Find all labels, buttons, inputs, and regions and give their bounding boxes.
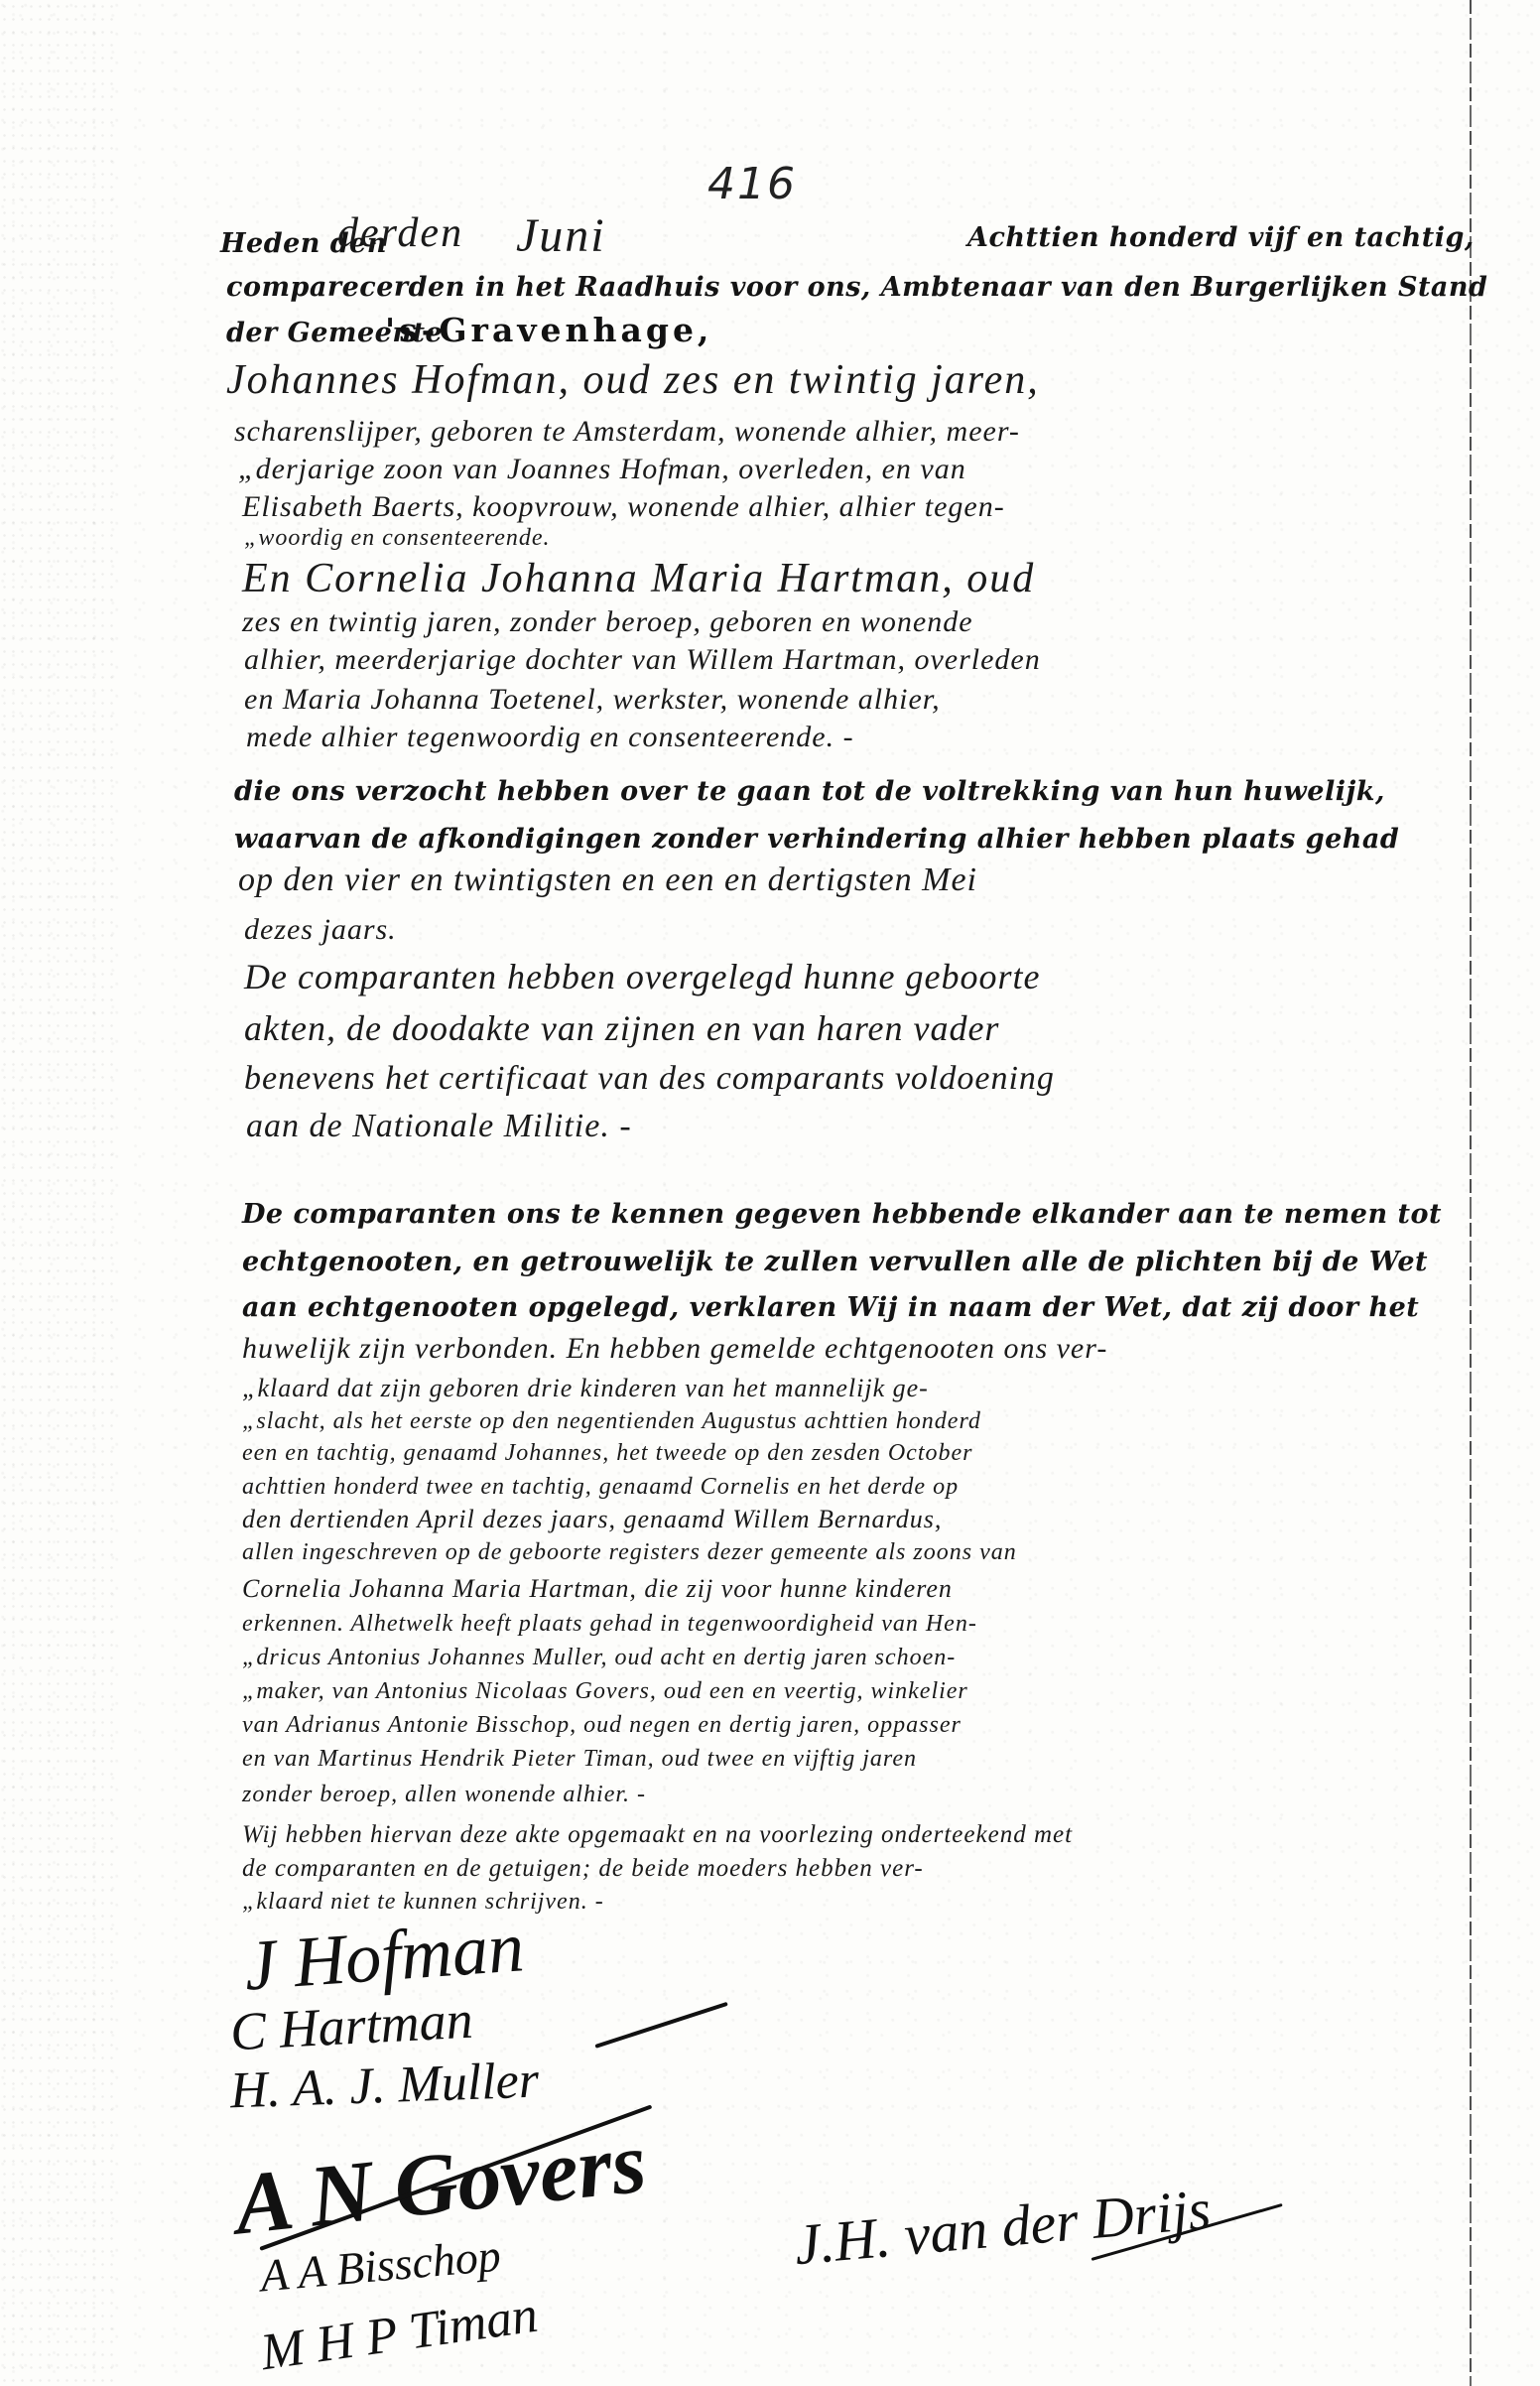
signature-registrar: J.H. van der Drijs <box>792 2176 1214 2278</box>
signature-bride: C Hartman <box>229 1989 474 2063</box>
printed-year: Achttien honderd vijf en tachtig, <box>967 224 1475 251</box>
declaration-line-1: De comparanten ons te kennen gegeven heb… <box>242 1201 1442 1228</box>
children-line-1: huwelijk zijn verbonden. En hebben gemel… <box>242 1334 1107 1364</box>
request-line-1: die ons verzocht hebben over te gaan tot… <box>234 778 1385 805</box>
municipality-name: 's-Gravenhage, <box>385 314 712 346</box>
page-fold-line <box>1470 0 1472 2386</box>
signature-witness-muller: H. A. J. Muller <box>229 2052 540 2121</box>
children-line-2: „klaard dat zijn geboren drie kinderen v… <box>242 1376 929 1401</box>
documents-line-2: akten, de doodakte van zijnen en van har… <box>244 1010 999 1046</box>
bride-line-1: En Cornelia Johanna Maria Hartman, oud <box>242 558 1035 599</box>
documents-line-4: aan de Nationale Militie. - <box>246 1110 632 1143</box>
handwritten-month: Juni <box>516 212 606 260</box>
children-line-4: een en tachtig, genaamd Johannes, het tw… <box>242 1441 972 1465</box>
document-page: 416 Heden den derden Juni Achttien honde… <box>0 0 1540 2386</box>
children-line-15: Wij hebben hiervan deze akte opgemaakt e… <box>242 1822 1073 1847</box>
bride-line-2: zes en twintig jaren, zonder beroep, geb… <box>242 607 973 637</box>
declaration-line-2: echtgenooten, en getrouwelijk te zullen … <box>242 1249 1428 1275</box>
publication-line-2: dezes jaars. <box>244 915 397 945</box>
bride-line-5: mede alhier tegenwoordig en consenteeren… <box>246 723 854 752</box>
groom-line-3: „derjarige zoon van Joannes Hofman, over… <box>238 455 966 484</box>
page-number: 416 <box>707 159 797 209</box>
signature-witness-timan: M H P Timan <box>257 2286 541 2382</box>
children-line-12: van Adrianus Antonie Bisschop, oud negen… <box>242 1713 962 1737</box>
groom-line-4: Elisabeth Baerts, koopvrouw, wonende alh… <box>242 492 1005 522</box>
groom-line-2: scharenslijper, geboren te Amsterdam, wo… <box>234 417 1020 447</box>
handwritten-day: derden <box>337 212 463 254</box>
children-line-10: „dricus Antonius Johannes Muller, oud ac… <box>242 1646 956 1669</box>
children-line-5: achttien honderd twee en tachtig, genaam… <box>242 1475 959 1499</box>
children-line-11: „maker, van Antonius Nicolaas Govers, ou… <box>242 1679 968 1703</box>
declaration-line-3: aan echtgenooten opgelegd, verklaren Wij… <box>242 1294 1419 1321</box>
groom-line-1: Johannes Hofman, oud zes en twintig jare… <box>226 359 1040 401</box>
children-line-7: allen ingeschreven op de geboorte regist… <box>242 1540 1017 1564</box>
request-line-2: waarvan de afkondigingen zonder verhinde… <box>234 826 1399 853</box>
children-line-3: „slacht, als het eerste op den negentien… <box>242 1409 981 1433</box>
children-line-9: erkennen. Alhetwelk heeft plaats gehad i… <box>242 1612 977 1636</box>
groom-line-5: „woordig en consenteerende. <box>244 526 551 550</box>
children-line-17: „klaard niet te kunnen schrijven. - <box>242 1890 604 1914</box>
printed-appearance-line: comparecerden in het Raadhuis voor ons, … <box>226 274 1487 301</box>
signature-flourish <box>594 2002 727 2049</box>
children-line-8: Cornelia Johanna Maria Hartman, die zij … <box>242 1576 953 1602</box>
children-line-16: de comparanten en de getuigen; de beide … <box>242 1856 924 1881</box>
children-line-14: zonder beroep, allen wonende alhier. - <box>242 1783 646 1806</box>
bride-line-3: alhier, meerderjarige dochter van Willem… <box>244 645 1041 675</box>
documents-line-3: benevens het certificaat van des compara… <box>244 1062 1055 1096</box>
bride-line-4: en Maria Johanna Toetenel, werkster, won… <box>244 685 941 715</box>
children-line-6: den dertienden April dezes jaars, genaam… <box>242 1507 942 1532</box>
documents-line-1: De comparanten hebben overgelegd hunne g… <box>244 959 1040 994</box>
scan-margin-noise <box>0 0 119 2386</box>
children-line-13: en van Martinus Hendrik Pieter Timan, ou… <box>242 1747 917 1771</box>
publication-line-1: op den vier en twintigsten en een en der… <box>238 863 977 897</box>
